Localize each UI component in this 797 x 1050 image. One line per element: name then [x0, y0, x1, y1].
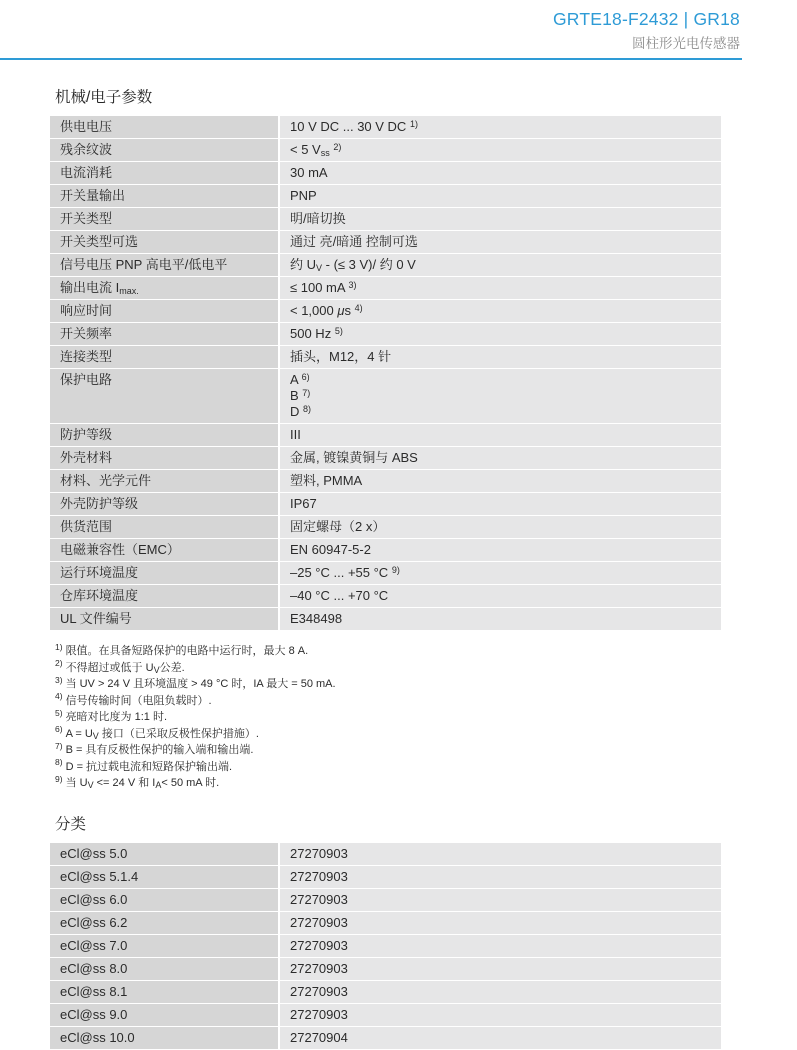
table-row: 外壳材料金属, 镀镍黄铜与 ABS [50, 447, 721, 469]
eclass-version-label: eCl@ss 10.0 [50, 1027, 278, 1049]
param-value-line: < 1,000 μs 4) [290, 303, 711, 319]
text: 供电电压 [60, 119, 112, 134]
product-title: GRTE18-F2432 | GR18 [0, 9, 740, 30]
param-label: 防护等级 [50, 424, 278, 446]
eclass-version-label: eCl@ss 6.2 [50, 912, 278, 934]
footnote-marker: 4) [55, 691, 63, 701]
text: III [290, 427, 301, 442]
param-value-line: 插头，M12，4 针 [290, 349, 711, 365]
param-label: 连接类型 [50, 346, 278, 368]
param-label: 外壳防护等级 [50, 493, 278, 515]
text: 10 V DC ... 30 V DC [290, 119, 410, 134]
param-value: 固定螺母（2 x） [280, 516, 721, 538]
param-value-line: 500 Hz 5) [290, 326, 711, 342]
param-value-line: E348498 [290, 611, 711, 627]
text-sup: 8) [303, 404, 311, 414]
footnote-marker: 5) [55, 708, 63, 718]
param-value-line: 固定螺母（2 x） [290, 519, 711, 535]
footnote: 1)限值。在具备短路保护的电路中运行时，最大 8 A. [55, 643, 721, 660]
eclass-code-value: 27270903 [280, 912, 721, 934]
param-value: 30 mA [280, 162, 721, 184]
eclass-code-value: 27270903 [280, 958, 721, 980]
footnote: 4)信号传输时间（电阻负载时）. [55, 693, 721, 710]
param-label: 电流消耗 [50, 162, 278, 184]
param-value-line: EN 60947-5-2 [290, 542, 711, 558]
text-sub: V [93, 731, 99, 741]
text: 当 UV > 24 V 且环境温度 > 49 °C 时，IA 最大 = 50 m… [66, 678, 336, 690]
text: A = U [66, 728, 93, 740]
footnote-text: 亮暗对比度为 1:1 时. [66, 711, 167, 723]
text: 亮暗对比度为 1:1 时. [66, 711, 167, 723]
footnote-marker: 8) [55, 757, 63, 767]
table-row: 材料、光学元件塑料, PMMA [50, 470, 721, 492]
table-row: eCl@ss 6.227270903 [50, 912, 721, 934]
param-label: 保护电路 [50, 369, 278, 423]
table-row: eCl@ss 8.127270903 [50, 981, 721, 1003]
param-value: A 6)B 7)D 8) [280, 369, 721, 423]
text: < 5 V [290, 142, 321, 157]
param-value-line: 明/暗切换 [290, 211, 711, 227]
text: 响应时间 [60, 303, 112, 318]
text-sup: 6) [302, 372, 310, 382]
text: 信号电压 PNP 高电平/低电平 [60, 257, 227, 272]
param-label: 信号电压 PNP 高电平/低电平 [50, 254, 278, 276]
text: 电流消耗 [60, 165, 112, 180]
footnote-marker: 1) [55, 642, 63, 652]
text: 30 mA [290, 165, 328, 180]
param-label: 开关频率 [50, 323, 278, 345]
param-value: 500 Hz 5) [280, 323, 721, 345]
eclass-code-value: 27270903 [280, 935, 721, 957]
text: E348498 [290, 611, 342, 626]
param-value: 明/暗切换 [280, 208, 721, 230]
text: 插头，M12，4 针 [290, 349, 391, 364]
param-label: 残余纹波 [50, 139, 278, 161]
text-sup: 3) [348, 280, 356, 290]
text-sub: V [88, 780, 94, 790]
text: < 50 mA 时. [161, 777, 219, 789]
table-row: eCl@ss 9.027270903 [50, 1004, 721, 1026]
eclass-version-label: eCl@ss 7.0 [50, 935, 278, 957]
param-value-line: PNP [290, 188, 711, 204]
text: 开关频率 [60, 326, 112, 341]
text-sup: 9) [392, 565, 400, 575]
eclass-code-value: 27270903 [280, 843, 721, 865]
text: B [290, 388, 302, 403]
text-sup: 7) [302, 388, 310, 398]
param-value: 10 V DC ... 30 V DC 1) [280, 116, 721, 138]
param-label: UL 文件编号 [50, 608, 278, 630]
table-row: 信号电压 PNP 高电平/低电平约 UV - (≤ 3 V)/ 约 0 V [50, 254, 721, 276]
text: < 1,000 [290, 303, 337, 318]
table-row: eCl@ss 10.027270904 [50, 1027, 721, 1049]
footnote: 9)当 UV <= 24 V 和 IA< 50 mA 时. [55, 775, 721, 792]
footnote-text: 信号传输时间（电阻负载时）. [66, 695, 212, 707]
footnote: 2)不得超过或低于 UV公差. [55, 660, 721, 677]
text: 限值。在具备短路保护的电路中运行时，最大 8 A. [66, 645, 309, 657]
param-label: 运行环境温度 [50, 562, 278, 584]
text: 外壳材料 [60, 450, 112, 465]
eclass-version-label: eCl@ss 5.0 [50, 843, 278, 865]
param-label: 开关类型可选 [50, 231, 278, 253]
param-value: < 1,000 μs 4) [280, 300, 721, 322]
text: 固定螺母（2 x） [290, 519, 385, 534]
datasheet-page: GRTE18-F2432 | GR18 圆柱形光电传感器 机械/电子参数 供电电… [0, 0, 797, 1050]
param-label: 供电电压 [50, 116, 278, 138]
text: s [344, 303, 354, 318]
eclass-code-value: 27270903 [280, 866, 721, 888]
footnote-text: A = UV 接口（已采取反极性保护措施）. [66, 728, 259, 740]
footnote-text: 当 UV > 24 V 且环境温度 > 49 °C 时，IA 最大 = 50 m… [66, 678, 336, 690]
section-title-specs: 机械/电子参数 [55, 85, 721, 107]
param-value-line: 约 UV - (≤ 3 V)/ 约 0 V [290, 257, 711, 273]
footnote: 7)B = 具有反极性保护的输入端和输出端. [55, 742, 721, 759]
param-value-line: III [290, 427, 711, 443]
table-row: 开关类型可选通过 亮/暗通 控制可选 [50, 231, 721, 253]
table-row: 电流消耗30 mA [50, 162, 721, 184]
param-value: EN 60947-5-2 [280, 539, 721, 561]
text: 约 U [290, 257, 316, 272]
text-sup: 1) [410, 119, 418, 129]
text: - (≤ 3 V)/ 约 0 V [322, 257, 416, 272]
table-row: 电磁兼容性（EMC）EN 60947-5-2 [50, 539, 721, 561]
footnote: 8)D = 抗过载电流和短路保护输出端. [55, 759, 721, 776]
param-value: 塑料, PMMA [280, 470, 721, 492]
param-value: –40 °C ... +70 °C [280, 585, 721, 607]
text: 连接类型 [60, 349, 112, 364]
footnote: 5)亮暗对比度为 1:1 时. [55, 709, 721, 726]
param-value-line: 通过 亮/暗通 控制可选 [290, 234, 711, 250]
param-value-line: A 6) [290, 372, 711, 388]
text: 电磁兼容性（EMC） [60, 542, 180, 557]
section-title-classification: 分类 [55, 812, 721, 834]
text: 运行环境温度 [60, 565, 138, 580]
eclass-code-value: 27270903 [280, 1004, 721, 1026]
eclass-version-label: eCl@ss 6.0 [50, 889, 278, 911]
param-label: 输出电流 Imax. [50, 277, 278, 299]
param-value: ≤ 100 mA 3) [280, 277, 721, 299]
table-row: eCl@ss 7.027270903 [50, 935, 721, 957]
text: 保护电路 [60, 372, 112, 387]
table-row: UL 文件编号E348498 [50, 608, 721, 630]
product-subtitle: 圆柱形光电传感器 [0, 32, 740, 52]
param-value: IP67 [280, 493, 721, 515]
footnote-text: 不得超过或低于 UV公差. [66, 662, 185, 674]
text: 接口（已采取反极性保护措施）. [99, 728, 259, 740]
content: 机械/电子参数 供电电压10 V DC ... 30 V DC 1)残余纹波< … [50, 85, 721, 1049]
param-value-line: 塑料, PMMA [290, 473, 711, 489]
eclass-code-value: 27270903 [280, 889, 721, 911]
param-value-line: D 8) [290, 404, 711, 420]
text: 公差. [160, 662, 185, 674]
param-value-line: ≤ 100 mA 3) [290, 280, 711, 296]
param-value: 通过 亮/暗通 控制可选 [280, 231, 721, 253]
param-value: 插头，M12，4 针 [280, 346, 721, 368]
text: –40 °C ... +70 °C [290, 588, 388, 603]
text: 材料、光学元件 [60, 473, 151, 488]
footnote: 6)A = UV 接口（已采取反极性保护措施）. [55, 726, 721, 743]
text: –25 °C ... +55 °C [290, 565, 392, 580]
param-label: 供货范围 [50, 516, 278, 538]
text: D [290, 404, 303, 419]
table-row: eCl@ss 5.027270903 [50, 843, 721, 865]
param-value: < 5 Vss 2) [280, 139, 721, 161]
text: 明/暗切换 [290, 211, 346, 226]
param-value: III [280, 424, 721, 446]
text: A [290, 372, 302, 387]
param-value-line: 10 V DC ... 30 V DC 1) [290, 119, 711, 135]
table-row: 运行环境温度–25 °C ... +55 °C 9) [50, 562, 721, 584]
table-row: 连接类型插头，M12，4 针 [50, 346, 721, 368]
param-label: 响应时间 [50, 300, 278, 322]
text: IP67 [290, 496, 317, 511]
param-value: E348498 [280, 608, 721, 630]
text: 开关量输出 [60, 188, 125, 203]
table-row: 仓库环境温度–40 °C ... +70 °C [50, 585, 721, 607]
param-value: PNP [280, 185, 721, 207]
page-header: GRTE18-F2432 | GR18 圆柱形光电传感器 [0, 0, 797, 60]
header-divider [0, 58, 742, 60]
eclass-code-value: 27270904 [280, 1027, 721, 1049]
text: 金属, 镀镍黄铜与 ABS [290, 450, 418, 465]
text: 500 Hz [290, 326, 335, 341]
param-value-line: –40 °C ... +70 °C [290, 588, 711, 604]
text: 防护等级 [60, 427, 112, 442]
table-row: eCl@ss 6.027270903 [50, 889, 721, 911]
text: PNP [290, 188, 317, 203]
param-value: –25 °C ... +55 °C 9) [280, 562, 721, 584]
table-row: 响应时间< 1,000 μs 4) [50, 300, 721, 322]
footnote-text: 限值。在具备短路保护的电路中运行时，最大 8 A. [66, 645, 309, 657]
text-sup: 4) [355, 303, 363, 313]
footnote-text: 当 UV <= 24 V 和 IA< 50 mA 时. [66, 777, 220, 789]
footnote-marker: 3) [55, 675, 63, 685]
text-sup: 5) [335, 326, 343, 336]
table-row: 开关类型明/暗切换 [50, 208, 721, 230]
text: B = 具有反极性保护的输入端和输出端. [66, 744, 254, 756]
footnote-marker: 9) [55, 774, 63, 784]
text: 外壳防护等级 [60, 496, 138, 511]
text: 当 U [66, 777, 88, 789]
text: EN 60947-5-2 [290, 542, 371, 557]
table-row: 输出电流 Imax.≤ 100 mA 3) [50, 277, 721, 299]
eclass-version-label: eCl@ss 9.0 [50, 1004, 278, 1026]
table-row: eCl@ss 5.1.427270903 [50, 866, 721, 888]
text: UL 文件编号 [60, 611, 132, 626]
param-value-line: 金属, 镀镍黄铜与 ABS [290, 450, 711, 466]
classification-table: eCl@ss 5.027270903eCl@ss 5.1.427270903eC… [50, 843, 721, 1049]
text-sub: ss [321, 148, 330, 158]
text-sub: V [316, 263, 322, 273]
footnote-text: B = 具有反极性保护的输入端和输出端. [66, 744, 254, 756]
eclass-version-label: eCl@ss 8.0 [50, 958, 278, 980]
text: 供货范围 [60, 519, 112, 534]
footnote-marker: 7) [55, 741, 63, 751]
table-row: 外壳防护等级IP67 [50, 493, 721, 515]
table-row: 开关量输出PNP [50, 185, 721, 207]
eclass-code-value: 27270903 [280, 981, 721, 1003]
param-value-line: IP67 [290, 496, 711, 512]
text: <= 24 V 和 I [94, 777, 156, 789]
param-label: 开关类型 [50, 208, 278, 230]
footnote: 3)当 UV > 24 V 且环境温度 > 49 °C 时，IA 最大 = 50… [55, 676, 721, 693]
text: ≤ 100 mA [290, 280, 348, 295]
param-value-line: < 5 Vss 2) [290, 142, 711, 158]
param-label: 材料、光学元件 [50, 470, 278, 492]
text: 塑料, PMMA [290, 473, 362, 488]
footnote-marker: 2) [55, 658, 63, 668]
text: 开关类型 [60, 211, 112, 226]
spec-table: 供电电压10 V DC ... 30 V DC 1)残余纹波< 5 Vss 2)… [50, 116, 721, 630]
text: 开关类型可选 [60, 234, 138, 249]
text: 信号传输时间（电阻负载时）. [66, 695, 212, 707]
param-label: 开关量输出 [50, 185, 278, 207]
param-label: 外壳材料 [50, 447, 278, 469]
param-value: 金属, 镀镍黄铜与 ABS [280, 447, 721, 469]
eclass-version-label: eCl@ss 8.1 [50, 981, 278, 1003]
table-row: 残余纹波< 5 Vss 2) [50, 139, 721, 161]
table-row: 供电电压10 V DC ... 30 V DC 1) [50, 116, 721, 138]
table-row: eCl@ss 8.027270903 [50, 958, 721, 980]
table-row: 防护等级III [50, 424, 721, 446]
text: 残余纹波 [60, 142, 112, 157]
text: 通过 亮/暗通 控制可选 [290, 234, 418, 249]
footnote-text: D = 抗过载电流和短路保护输出端. [66, 761, 233, 773]
param-value-line: 30 mA [290, 165, 711, 181]
text: 不得超过或低于 U [66, 662, 154, 674]
param-value-line: –25 °C ... +55 °C 9) [290, 565, 711, 581]
param-label: 电磁兼容性（EMC） [50, 539, 278, 561]
text: 输出电流 I [60, 280, 119, 295]
table-row: 保护电路A 6)B 7)D 8) [50, 369, 721, 423]
param-value-line: B 7) [290, 388, 711, 404]
footnote-marker: 6) [55, 724, 63, 734]
text: D = 抗过载电流和短路保护输出端. [66, 761, 233, 773]
text: 仓库环境温度 [60, 588, 138, 603]
footnotes: 1)限值。在具备短路保护的电路中运行时，最大 8 A.2)不得超过或低于 UV公… [50, 643, 721, 792]
text-sup: 2) [333, 142, 341, 152]
table-row: 供货范围固定螺母（2 x） [50, 516, 721, 538]
param-label: 仓库环境温度 [50, 585, 278, 607]
eclass-version-label: eCl@ss 5.1.4 [50, 866, 278, 888]
text-sub: max. [119, 286, 139, 296]
text-sub: V [154, 665, 160, 675]
param-value: 约 UV - (≤ 3 V)/ 约 0 V [280, 254, 721, 276]
table-row: 开关频率500 Hz 5) [50, 323, 721, 345]
text-sub: A [155, 780, 161, 790]
